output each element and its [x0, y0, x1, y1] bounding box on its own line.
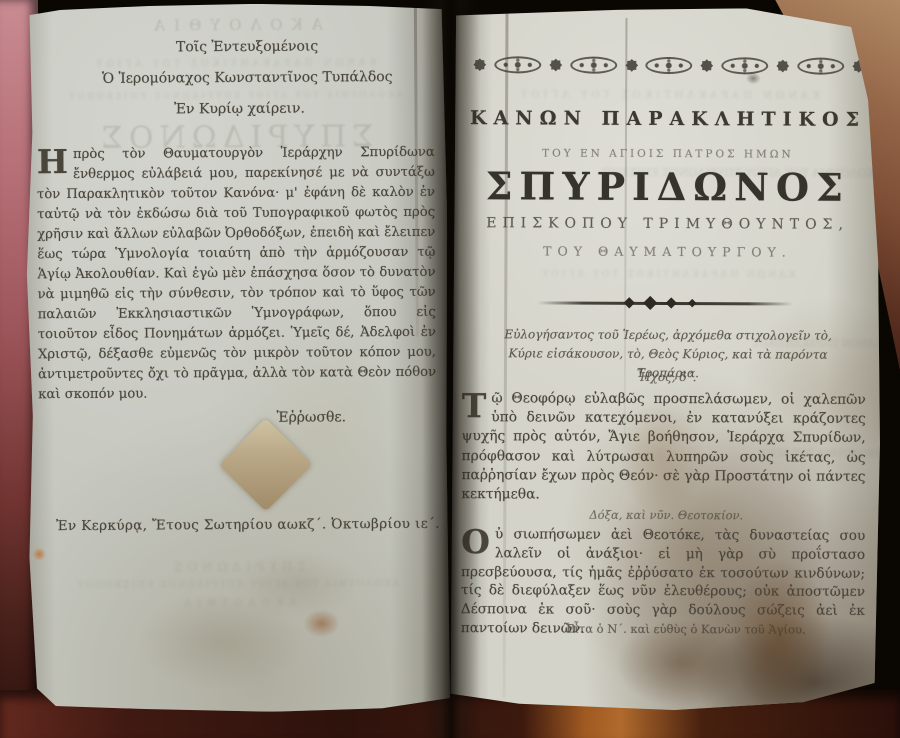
showthrough-line: ΚΑΝΩΝ ΠΑΡΑΚΛΗΤΙΚΟΣ ΤΟΥ ΑΓΙΟΥ — [452, 269, 882, 281]
dropcap-eta: Η — [37, 148, 68, 176]
author-line: Ὁ Ἱερομόναχος Κωνσταντῖνος Τυπάλδος — [22, 69, 446, 88]
canon-overline: ΤΟΥ ΕΝ ΑΓΙΟΙΣ ΠΑΤΡΟΣ ΗΜΩΝ — [453, 147, 883, 161]
canon-title: ΚΑΝΩΝ ΠΑΡΑΚΛΗΤΙΚΟΣ — [453, 107, 883, 131]
showthrough-line: ΑΚΟΛΟΥΘΙΑ ΤΟΥ ΑΓΙΟΥ ΣΠΥΡΙΔΩΝΟΣ ΕΠΙΣΚΟΠΟΥ — [603, 166, 883, 180]
medallion-icon — [646, 56, 693, 73]
doxa-rubric: Δόξα, καὶ νῦν. Θεοτοκίον. — [451, 507, 881, 523]
tapered-rule-divider — [537, 295, 793, 310]
dropcap-omicron: Ο — [461, 528, 490, 556]
medallion-icon — [570, 56, 617, 73]
prologue-paragraph: Ηπρὸς τὸν Θαυματουργὸν Ἱεράρχην Σπυρίδων… — [37, 143, 437, 405]
showthrough-title-mirrored: ΑΚΟΛΟΥΘΙΑ — [22, 15, 446, 36]
salutation-line: Τοῖς Ἐντευξομένοις — [22, 38, 446, 57]
divider-diamond — [688, 299, 696, 307]
troparion-text: ῷ Θεοφόρῳ εὐλαβῶς προσπελάσωμεν, οἱ χαλε… — [461, 390, 865, 502]
bishop-subtitle: ΕΠΙΣΚΟΠΟΥ ΤΡΙΜΥΘΟΥΝΤΟΣ, — [453, 215, 883, 233]
wonderworker-subtitle: ΤΟΥ ΘΑΥΜΑΤΟΥΡΓΟΥ. — [452, 243, 882, 260]
imprint-line: Ἐν Κερκύρᾳ, Ἔτους Σωτηρίου αωκζ΄. Ὀκτωβρ… — [25, 516, 449, 535]
greeting-line: Ἐν Κυρίῳ χαίρειν. — [22, 100, 446, 119]
book-photo: ΑΚΟΛΟΥΘΙΑ Τοῖς Ἐντευξομένοις ΚΑΝΩΝ ΠΑΡΑΚ… — [0, 0, 900, 738]
paper-repair-patch — [219, 418, 312, 511]
theotokion-text: ὐ σιωπήσωμεν ἀεὶ Θεοτόκε, τὰς δυναστείας… — [461, 526, 865, 636]
dropcap-tau: Τ — [462, 392, 487, 420]
showthrough-margin: ΚΑΝΩΝ ΠΑΡΑΚΛΗΤΙΚΟΣ ΤΟΥ ΑΓΙΟΥ — [752, 338, 882, 350]
headpiece-ornament-band — [475, 53, 863, 77]
showthrough-margin: ΑΚΟΛΟΥΘΙΑ ΤΟΥ ΑΓΙΟΥ ΣΠΥΡΙΔΩΝΟΣ ΕΠΙΣΚΟΠΟΥ — [762, 448, 882, 460]
showthrough-imprint: ΑΚΟΛΟΥΘΙΑ — [25, 597, 449, 611]
left-page: ΑΚΟΛΟΥΘΙΑ Τοῖς Ἐντευξομένοις ΚΑΝΩΝ ΠΑΡΑΚ… — [22, 3, 450, 714]
rosette-icon — [777, 59, 790, 72]
rosette-icon — [701, 59, 714, 72]
divider-diamond — [643, 296, 657, 310]
closing-rubric: Εἶτα ὁ Ν΄. καὶ εὐθὺς ὁ Κανὼν τοῦ Ἁγίου. — [451, 621, 881, 637]
medallion-icon — [494, 56, 541, 73]
divider-diamond — [666, 297, 677, 308]
medallion-icon — [797, 57, 844, 74]
showthrough-line: ΚΑΝΩΝ ΠΑΡΑΚΛΗΤΙΚΟΣ ΤΟΥ ΑΓΙΟΥ — [453, 89, 883, 102]
showthrough-imprint: ΑΚΟΛΟΥΘΙΑ ΤΟΥ ΑΓΙΟΥ ΣΠΥΡΙΔΩΝΟΣ ΕΠΙΣΚΟΠΟΥ — [25, 579, 449, 592]
rosette-icon — [549, 58, 562, 71]
troparion-paragraph: Τῷ Θεοφόρῳ εὐλαβῶς προσπελάσωμεν, οἱ χαλ… — [461, 389, 865, 506]
farewell-line: Ἐῤῥωσθε. — [24, 409, 448, 428]
mode-line: Ἦχος, δ΄. — [452, 369, 882, 385]
rosette-icon — [625, 58, 638, 71]
rosette-icon — [473, 58, 486, 71]
divider-diamond — [624, 297, 635, 308]
prologue-text: πρὸς τὸν Θαυματουργὸν Ἱεράρχην Σπυρίδωνα… — [37, 145, 436, 402]
medallion-icon — [721, 57, 768, 74]
showthrough-imprint: ΣΠΥΡΙΔΩΝΟΣ — [25, 559, 449, 576]
right-page: ΚΑΝΩΝ ΠΑΡΑΚΛΗΤΙΚΟΣ ΤΟΥ ΑΓΙΟΥ ΚΑΝΩΝ ΠΑΡΑΚ… — [450, 7, 883, 711]
